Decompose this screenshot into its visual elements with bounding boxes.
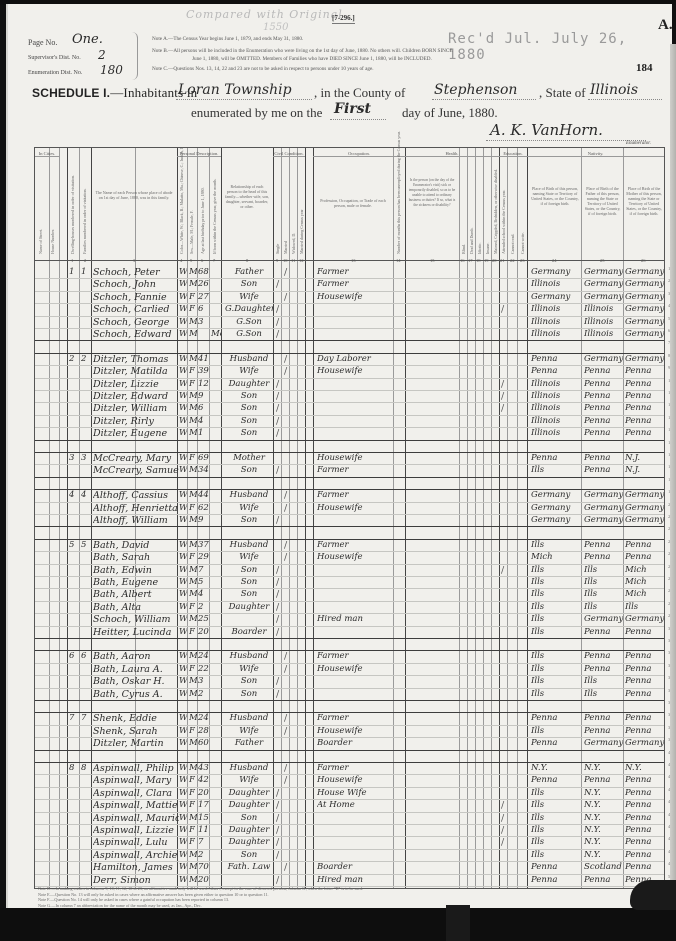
mother-birthplace: Penna	[625, 799, 664, 812]
sex-code: M	[189, 427, 197, 440]
hdr-family: Families numbered in order of visitation…	[82, 162, 87, 254]
occupation: Housewife	[317, 725, 393, 738]
table-row: 50Derr, SimonWM20/Hired manPennaPennaPen…	[35, 874, 664, 887]
table-row: 4188Aspinwall, PhilipWM43Husband/FarmerN…	[35, 762, 664, 775]
color-code: W	[179, 861, 187, 874]
married-mark: /	[284, 502, 290, 515]
sex-code: M	[189, 464, 197, 477]
married-mark: /	[284, 291, 290, 304]
hdr-dwelling: Dwelling-houses numbered in order of vis…	[70, 162, 75, 254]
dwelling-number	[69, 464, 79, 477]
sex-code: M	[189, 576, 197, 589]
occupation: Housewife	[317, 502, 393, 515]
birthplace: Germany	[531, 514, 581, 527]
school-mark	[501, 588, 507, 601]
col-num-13: 13	[351, 258, 356, 263]
age-value: 5	[198, 576, 210, 589]
age-value: 29	[198, 551, 210, 564]
table-row: 14Ditzler, EugeneWM1Son/IllinoisPennaPen…	[35, 427, 664, 440]
table-row: 12Ditzler, WilliamWM6Son//IllinoisPennaP…	[35, 402, 664, 415]
father-birthplace: Germany	[584, 291, 623, 304]
family-number	[81, 774, 91, 787]
birthplace: Ills	[531, 725, 581, 738]
father-birthplace: Penna	[584, 725, 623, 738]
mother-birthplace: Penna	[625, 415, 664, 428]
father-birthplace: Penna	[584, 378, 623, 391]
table-row: 48Aspinwall, ArchieWM2Son/IllsN.Y.Penna	[35, 849, 664, 862]
married-mark	[284, 675, 290, 688]
married-mark	[284, 328, 290, 341]
birthplace: Ills	[531, 836, 581, 849]
family-number	[81, 402, 91, 415]
relationship: Wife	[225, 663, 273, 676]
family-number	[81, 303, 91, 316]
sex-code: F	[189, 365, 197, 378]
brace-divider	[131, 32, 138, 80]
sex-code: F	[189, 626, 197, 639]
school-mark: /	[501, 799, 507, 812]
dwelling-number	[69, 601, 79, 614]
family-number	[81, 576, 91, 589]
married-mark	[284, 874, 290, 887]
mother-birthplace: Penna	[625, 824, 664, 837]
birthplace: Ills	[531, 812, 581, 825]
father-birthplace: N.Y.	[584, 799, 623, 812]
color-code: W	[179, 353, 187, 366]
birthplace: Illinois	[531, 427, 581, 440]
blank-row: 40	[35, 750, 664, 763]
father-birthplace: Germany	[584, 353, 623, 366]
sex-code: M	[189, 762, 197, 775]
dwelling-number	[69, 551, 79, 564]
family-number	[81, 514, 91, 527]
father-birthplace: Germany	[584, 514, 623, 527]
color-code: W	[179, 737, 187, 750]
school-mark	[501, 291, 507, 304]
sex-code: M	[189, 266, 197, 279]
single-mark	[276, 737, 282, 750]
blank-row: 15	[35, 440, 664, 453]
hdr-education-group: Education.	[499, 151, 527, 157]
hdr-age: Age at last birthday prior to June 1, 18…	[200, 162, 205, 254]
relationship: G.Daughter	[225, 303, 273, 316]
family-number	[81, 291, 91, 304]
school-mark: /	[501, 378, 507, 391]
age-value: 34	[198, 464, 210, 477]
married-mark	[284, 316, 290, 329]
school-mark	[501, 464, 507, 477]
birth-month	[211, 675, 221, 688]
father-birthplace: Penna	[584, 415, 623, 428]
single-mark: /	[276, 849, 282, 862]
relationship: Wife	[225, 551, 273, 564]
enumerated-day-value: First	[334, 101, 371, 117]
school-mark	[501, 365, 507, 378]
relationship: Son	[225, 576, 273, 589]
birthplace: Ills	[531, 824, 581, 837]
school-mark	[501, 861, 507, 874]
sex-code: F	[189, 502, 197, 515]
hdr-insane: Insane.	[485, 224, 490, 254]
birth-month	[211, 502, 221, 515]
sex-code: F	[189, 836, 197, 849]
col-num-7: 7	[213, 258, 215, 263]
birth-month	[211, 489, 221, 502]
table-row: 30Heitter, LucindaWF20Boarder/IllsPennaP…	[35, 626, 664, 639]
father-birthplace: Germany	[584, 489, 623, 502]
person-name: Aspinwall, Mattie J.	[93, 799, 179, 812]
person-name: Heitter, Lucinda	[93, 626, 179, 639]
person-name: Aspinwall, Lizzie	[93, 824, 179, 837]
person-name: Ditzler, Martin	[93, 737, 179, 750]
table-row: 24Bath, SarahWF29Wife/HousewifeMichPenna…	[35, 551, 664, 564]
note-c: Note C.—Questions Nos. 13, 14, 22 and 23…	[152, 66, 374, 72]
dwelling-number	[69, 402, 79, 415]
mother-birthplace: Germany	[625, 613, 664, 626]
mother-birthplace: Germany	[625, 303, 664, 316]
table-row: 29Schoch, WilliamWM25/Hired manIllsGerma…	[35, 613, 664, 626]
family-number: 6	[81, 650, 91, 663]
mother-birthplace: Germany	[625, 316, 664, 329]
birthplace: Ills	[531, 601, 581, 614]
relationship: Fath. Law	[225, 861, 273, 874]
birthplace: Penna	[531, 452, 581, 465]
table-row: 1633McCreary, MaryWF69MotherHousewifePen…	[35, 452, 664, 465]
family-number	[81, 601, 91, 614]
person-name: Ditzler, Eugene	[93, 427, 179, 440]
occupation	[317, 836, 393, 849]
single-mark: /	[276, 812, 282, 825]
person-name: McCreary, Mary	[93, 452, 179, 465]
birth-month	[211, 427, 221, 440]
blank-row: 22	[35, 526, 664, 539]
birth-month	[211, 514, 221, 527]
birth-month	[211, 688, 221, 701]
sex-code: F	[189, 774, 197, 787]
family-number	[81, 390, 91, 403]
hdr-blind: Blind.	[461, 224, 466, 254]
mother-birthplace: Germany	[625, 737, 664, 750]
birthplace: Penna	[531, 737, 581, 750]
col-num-21: 21	[500, 258, 505, 263]
relationship	[225, 613, 273, 626]
age-value: 7	[198, 564, 210, 577]
dwelling-number: 2	[69, 353, 79, 366]
married-mark: /	[284, 489, 290, 502]
color-code: W	[179, 539, 187, 552]
person-name: Ditzler, Lizzie	[93, 378, 179, 391]
occupation	[317, 626, 393, 639]
dwelling-number	[69, 824, 79, 837]
color-code: W	[179, 774, 187, 787]
col-num-26: 26	[641, 258, 646, 263]
single-mark: /	[276, 799, 282, 812]
table-row: 38Shenk, SarahWF28Wife/HousewifeIllsPenn…	[35, 725, 664, 738]
single-mark: /	[276, 464, 282, 477]
birthplace: Illinois	[531, 415, 581, 428]
single-mark	[276, 762, 282, 775]
school-mark	[501, 737, 507, 750]
relationship: Wife	[225, 774, 273, 787]
school-mark	[501, 551, 507, 564]
person-name: Ditzler, Matilda	[93, 365, 179, 378]
table-row: 45Aspinwall, MauriceWM15Son//IllsN.Y.Pen…	[35, 812, 664, 825]
single-mark	[276, 452, 282, 465]
person-name: Shenk, Eddie	[93, 712, 179, 725]
father-birthplace: Illinois	[584, 316, 623, 329]
father-birthplace: Ills	[584, 564, 623, 577]
color-code: W	[179, 725, 187, 738]
birthplace: Penna	[531, 365, 581, 378]
occupation	[317, 303, 393, 316]
person-name: Bath, Cyrus A.	[93, 688, 179, 701]
enumerated-suffix: day of June, 1880.	[402, 105, 498, 121]
col-num-2: 2	[84, 258, 86, 263]
age-value: 17	[198, 799, 210, 812]
blank-row: 36	[35, 700, 664, 713]
supervisor-dist-label: Supervisor's Dist. No.	[28, 55, 81, 61]
hdr-civil-condition: Civil Condition.	[273, 151, 305, 157]
age-value: 12	[198, 378, 210, 391]
person-name: Althoff, Cassius	[93, 489, 179, 502]
birth-month	[211, 601, 221, 614]
married-mark	[284, 415, 290, 428]
color-code: W	[179, 551, 187, 564]
birthplace: Illinois	[531, 402, 581, 415]
sex-code: F	[189, 291, 197, 304]
blank-row: 7	[35, 340, 664, 353]
father-birthplace: Penna	[584, 650, 623, 663]
school-mark	[501, 502, 507, 515]
mother-birthplace: Ills	[625, 601, 664, 614]
single-mark: /	[276, 378, 282, 391]
color-code: W	[179, 514, 187, 527]
relationship: Son	[225, 675, 273, 688]
single-mark: /	[276, 874, 282, 887]
married-mark	[284, 799, 290, 812]
hdr-birthplace: Place of Birth of this person, naming St…	[531, 186, 579, 206]
single-mark	[276, 650, 282, 663]
mother-birthplace: Germany	[625, 353, 664, 366]
father-birthplace: N.Y.	[584, 836, 623, 849]
age-value: 42	[198, 774, 210, 787]
color-code: W	[179, 502, 187, 515]
color-code: W	[179, 303, 187, 316]
table-row: 43Aspinwall, ClaraWF20Daughter/House Wif…	[35, 787, 664, 800]
mother-birthplace: Penna	[625, 402, 664, 415]
single-mark	[276, 489, 282, 502]
person-name: Derr, Simon	[93, 874, 179, 887]
school-mark	[501, 675, 507, 688]
married-mark	[284, 427, 290, 440]
hdr-deaf-dumb: Deaf and Dumb.	[469, 214, 474, 254]
person-name: Hamilton, James	[93, 861, 179, 874]
state-underline	[588, 99, 662, 100]
hdr-month-born: If born within the Census year, give the…	[212, 162, 217, 254]
hdr-occupation: Profession, Occupation, or Trade of each…	[317, 198, 389, 208]
birthplace: Ills	[531, 576, 581, 589]
school-mark	[501, 688, 507, 701]
married-mark: /	[284, 712, 290, 725]
occupation: Farmer	[317, 464, 393, 477]
father-birthplace: Ills	[584, 588, 623, 601]
birthplace: N.Y.	[531, 762, 581, 775]
occupation	[317, 824, 393, 837]
mother-birthplace: Penna	[625, 849, 664, 862]
mother-birthplace: Penna	[625, 390, 664, 403]
single-mark: /	[276, 626, 282, 639]
mother-birthplace: N.J.	[625, 452, 664, 465]
col-num-8: 8	[246, 258, 248, 263]
relationship: Husband	[225, 353, 273, 366]
hdr-occupation-group: Occupation.	[313, 151, 405, 157]
age-value: 69	[198, 452, 210, 465]
birthplace: Germany	[531, 291, 581, 304]
township-underline	[176, 99, 312, 100]
school-mark	[501, 576, 507, 589]
school-mark	[501, 626, 507, 639]
hdr-maimed: Maimed, Crippled, Bedridden, or otherwis…	[493, 162, 498, 254]
single-mark: /	[276, 675, 282, 688]
table-row: 5Schoch, GeorgeWM3G.Son/IllinoisIllinois…	[35, 316, 664, 329]
person-name: Bath, Laura A.	[93, 663, 179, 676]
age-value: 6	[198, 303, 210, 316]
birth-month	[211, 849, 221, 862]
age-value: 3	[198, 316, 210, 329]
single-mark: /	[276, 588, 282, 601]
county-value: Stephenson	[434, 82, 517, 98]
family-number	[81, 551, 91, 564]
mother-birthplace: Penna	[625, 365, 664, 378]
birthplace: Ills	[531, 650, 581, 663]
school-mark	[501, 539, 507, 552]
birth-month	[211, 874, 221, 887]
color-code: W	[179, 278, 187, 291]
dwelling-number	[69, 316, 79, 329]
dwelling-number	[69, 799, 79, 812]
married-mark	[284, 303, 290, 316]
birth-month	[211, 402, 221, 415]
signature-underline	[486, 140, 646, 141]
school-mark: /	[501, 303, 507, 316]
age-value	[198, 328, 210, 341]
dwelling-number	[69, 328, 79, 341]
relationship	[225, 874, 273, 887]
person-name: Aspinwall, Archie	[93, 849, 179, 862]
dwelling-number	[69, 303, 79, 316]
mother-birthplace: Penna	[625, 725, 664, 738]
person-name: Schoch, Edward	[93, 328, 179, 341]
school-mark: /	[501, 824, 507, 837]
age-value: 20	[198, 787, 210, 800]
single-mark	[276, 539, 282, 552]
age-value: 6	[198, 402, 210, 415]
birthplace: Illinois	[531, 378, 581, 391]
age-value: 70	[198, 861, 210, 874]
color-code: W	[179, 663, 187, 676]
table-row: 3777Shenk, EddieWM24Husband/FarmerPennaP…	[35, 712, 664, 725]
col-num-19: 19	[484, 258, 489, 263]
color-code: W	[179, 291, 187, 304]
birthplace: Penna	[531, 874, 581, 887]
married-mark	[284, 514, 290, 527]
relationship: Husband	[225, 650, 273, 663]
age-value: 24	[198, 712, 210, 725]
sheet-number: 184	[636, 62, 653, 74]
family-number	[81, 849, 91, 862]
color-code: W	[179, 390, 187, 403]
table-row: 44Aspinwall, Mattie J.WF17Daughter/At Ho…	[35, 799, 664, 812]
father-birthplace: Ills	[584, 688, 623, 701]
birth-month	[211, 576, 221, 589]
page-no-label: Page No.	[28, 38, 57, 47]
table-row: 27Bath, AlbertWM4Son/IllsIllsMich	[35, 588, 664, 601]
father-birthplace: N.Y.	[584, 849, 623, 862]
school-mark: /	[501, 812, 507, 825]
col-num-14: 14	[396, 258, 401, 263]
relationship: Boarder	[225, 626, 273, 639]
age-value: 2	[198, 601, 210, 614]
person-name: Aspinwall, Philip	[93, 762, 179, 775]
sex-code: M	[189, 278, 197, 291]
relationship: Mother	[225, 452, 273, 465]
page-edge-shadow	[670, 44, 676, 914]
family-number: 7	[81, 712, 91, 725]
birthplace: Ills	[531, 613, 581, 626]
single-mark	[276, 353, 282, 366]
birthplace: Penna	[531, 774, 581, 787]
color-code: W	[179, 464, 187, 477]
mother-birthplace: Penna	[625, 861, 664, 874]
sex-code: M	[189, 514, 197, 527]
state-value: Illinois	[590, 82, 638, 98]
father-birthplace: Penna	[584, 539, 623, 552]
mother-birthplace: Penna	[625, 812, 664, 825]
person-name: Ditzler, William	[93, 402, 179, 415]
school-mark	[501, 353, 507, 366]
footnote-line: Note E.—Question No. 13 will only be ask…	[38, 892, 269, 897]
birthplace: Illinois	[531, 390, 581, 403]
mother-birthplace: Penna	[625, 551, 664, 564]
school-mark	[501, 762, 507, 775]
birth-month	[211, 787, 221, 800]
enumeration-dist-label: Enumeration Dist. No.	[28, 70, 82, 76]
col-num-6: 6	[201, 258, 203, 263]
color-code: W	[179, 452, 187, 465]
col-num-3: 3	[133, 258, 135, 263]
relationship: Daughter	[225, 378, 273, 391]
dwelling-number	[69, 737, 79, 750]
sex-code: F	[189, 787, 197, 800]
family-number	[81, 626, 91, 639]
school-mark	[501, 427, 507, 440]
dwelling-number	[69, 663, 79, 676]
census-sheet: Compared with Original 1550 [7-296.] Rec…	[6, 4, 672, 909]
table-row: 822Ditzler, ThomasWM41Husband/Day Labore…	[35, 353, 664, 366]
occupation	[317, 601, 393, 614]
father-birthplace: Penna	[584, 663, 623, 676]
family-number	[81, 787, 91, 800]
comparison-stamp: Compared with Original	[186, 8, 343, 21]
married-mark	[284, 824, 290, 837]
dwelling-number	[69, 812, 79, 825]
mother-birthplace: Penna	[625, 712, 664, 725]
family-number	[81, 316, 91, 329]
hdr-relationship: Relationship of each person to the head …	[225, 184, 269, 209]
table-row: 3Schoch, FannieWF27Wife/HousewifeGermany…	[35, 291, 664, 304]
relationship: Daughter	[225, 799, 273, 812]
age-value: 62	[198, 502, 210, 515]
